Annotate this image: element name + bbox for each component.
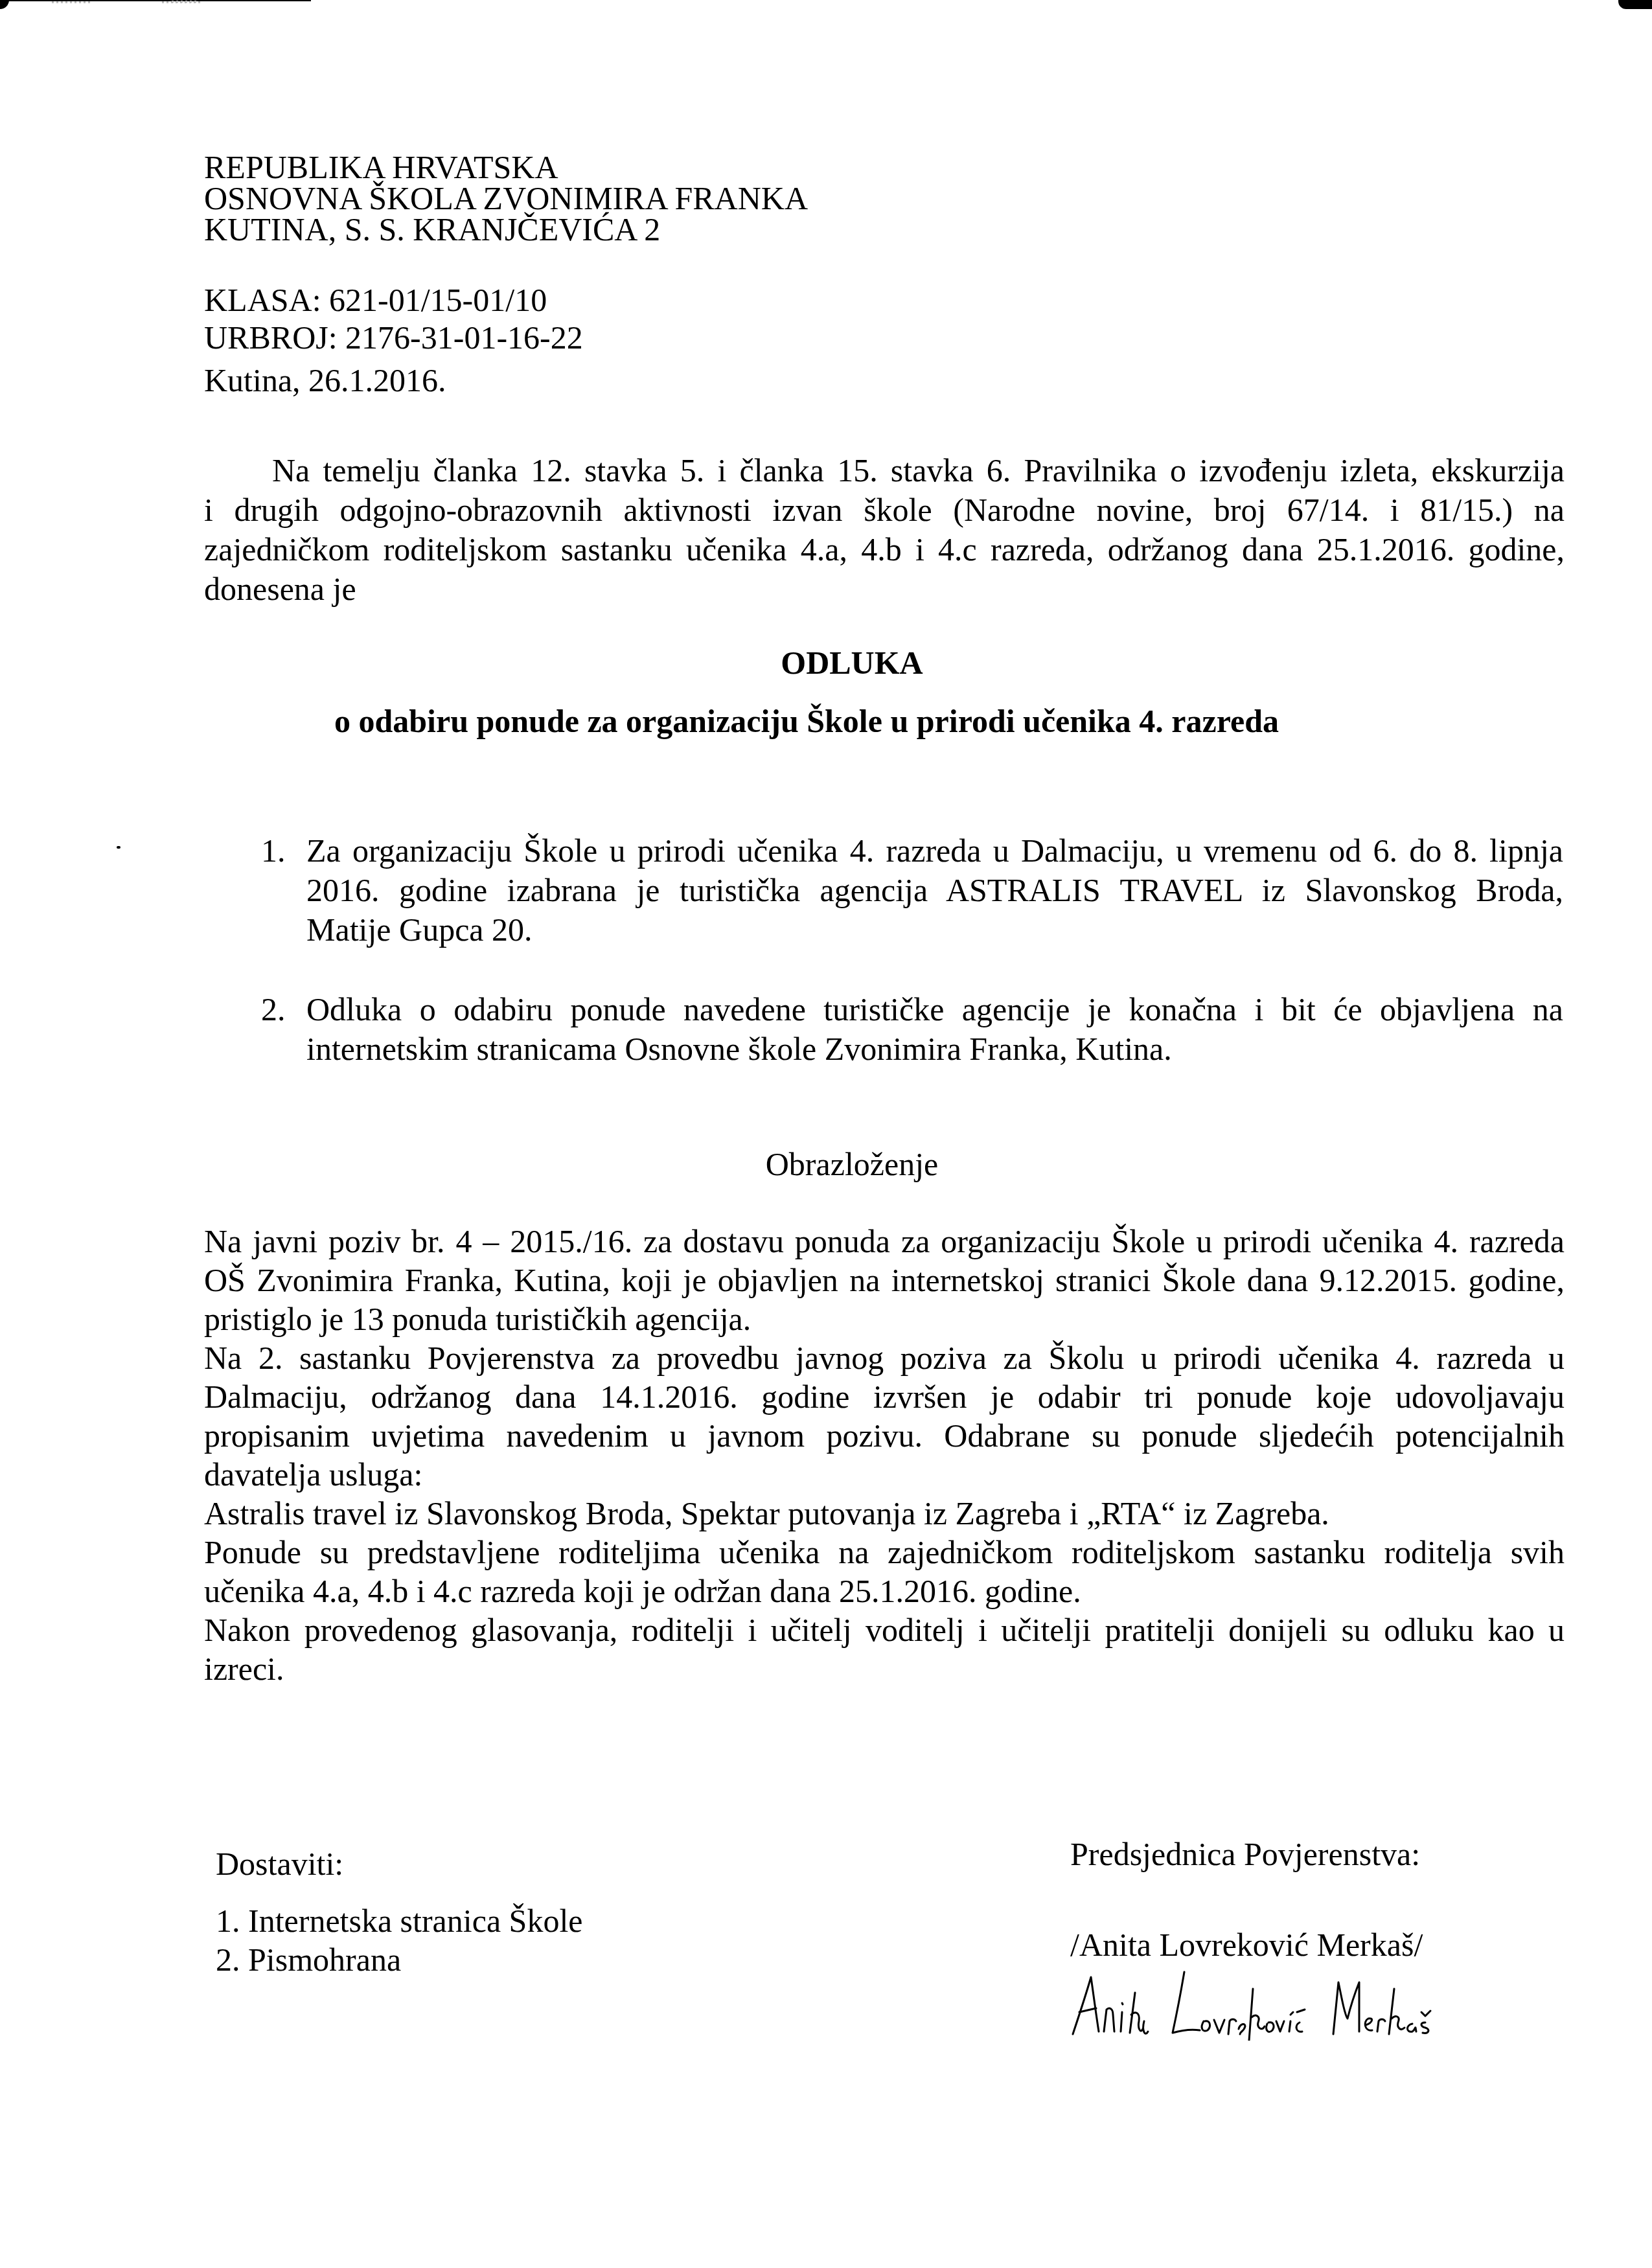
scan-corner-mark	[0, 0, 9, 9]
explanation-line: učenika 4.a, 4.b i 4.c razreda koji je o…	[204, 1572, 1565, 1610]
explanation-line: Dalmaciju, održanog dana 14.1.2016. godi…	[204, 1377, 1565, 1416]
intro-line: Na temelju članka 12. stavka 5. i članka…	[204, 451, 1565, 490]
decision-item-number: 2.	[261, 990, 286, 1029]
handwritten-signature-icon	[1070, 1969, 1485, 2041]
decision-subtitle: o odabiru ponude za organizaciju Škole u…	[0, 704, 1633, 739]
explanation-line: OŠ Zvonimira Franka, Kutina, koji je obj…	[204, 1261, 1565, 1300]
explanation-line: Astralis travel iz Slavonskog Broda, Spe…	[204, 1494, 1565, 1533]
intro-line: zajedničkom roditeljskom sastanku učenik…	[204, 530, 1565, 569]
decision-item-line: Matije Gupca 20.	[306, 910, 1563, 950]
header-line-address: KUTINA, S. S. KRANJČEVIĆA 2	[204, 214, 808, 245]
distribution-label: Dostaviti:	[216, 1848, 343, 1879]
distribution-item: 1. Internetska stranica Škole	[216, 1901, 582, 1940]
explanation-line: davatelja usluga:	[204, 1455, 1565, 1494]
scan-edge-line	[0, 0, 311, 1]
decision-item: Odluka o odabiru ponude navedene turisti…	[306, 990, 1563, 1069]
intro-line: i drugih odgojno-obrazovnih aktivnosti i…	[204, 490, 1565, 530]
decision-title: ODLUKA	[26, 645, 1652, 680]
explanation-line: izreci.	[204, 1649, 1565, 1688]
urbroj-number: URBROJ: 2176-31-01-16-22	[204, 319, 583, 356]
explanation-paragraph: Na javni poziv br. 4 – 2015./16. za dost…	[204, 1222, 1565, 1688]
scan-noise	[172, 1, 198, 3]
institution-header: REPUBLIKA HRVATSKA OSNOVNA ŠKOLA ZVONIMI…	[204, 152, 808, 245]
scan-speck	[117, 846, 120, 849]
decision-item: Za organizaciju Škole u prirodi učenika …	[306, 831, 1563, 950]
decision-item-number: 1.	[261, 831, 286, 871]
explanation-line: Na 2. sastanku Povjerenstva za provedbu …	[204, 1338, 1565, 1377]
explanation-line: pristiglo je 13 ponuda turističkih agenc…	[204, 1300, 1565, 1338]
signatory-role: Predsjednica Povjerenstva:	[1070, 1838, 1420, 1870]
explanation-line: Na javni poziv br. 4 – 2015./16. za dost…	[204, 1222, 1565, 1261]
explanation-line: Ponude su predstavljene roditeljima učen…	[204, 1533, 1565, 1572]
explanation-title: Obrazloženje	[26, 1147, 1652, 1182]
scan-noise	[52, 1, 91, 3]
decision-item-line: 2016. godine izabrana je turistička agen…	[306, 871, 1563, 910]
explanation-line: propisanim uvjetima navedenim u javnom p…	[204, 1416, 1565, 1455]
explanation-line: Nakon provedenog glasovanja, roditelji i…	[204, 1610, 1565, 1649]
distribution-item: 2. Pismohrana	[216, 1940, 582, 1979]
header-line-school: OSNOVNA ŠKOLA ZVONIMIRA FRANKA	[204, 183, 808, 214]
scan-corner-mark	[1618, 0, 1652, 9]
distribution-list: 1. Internetska stranica Škole 2. Pismohr…	[216, 1901, 582, 1979]
reference-numbers: KLASA: 621-01/15-01/10 URBROJ: 2176-31-0…	[204, 281, 583, 356]
header-line-country: REPUBLIKA HRVATSKA	[204, 152, 808, 183]
document-page: REPUBLIKA HRVATSKA OSNOVNA ŠKOLA ZVONIMI…	[0, 0, 1652, 2268]
decision-item-line: Za organizaciju Škole u prirodi učenika …	[306, 831, 1563, 871]
intro-line: donesena je	[204, 569, 1565, 609]
place-and-date: Kutina, 26.1.2016.	[204, 365, 446, 396]
intro-paragraph: Na temelju članka 12. stavka 5. i članka…	[204, 451, 1565, 609]
decision-item-line: Odluka o odabiru ponude navedene turisti…	[306, 990, 1563, 1029]
klasa-number: KLASA: 621-01/15-01/10	[204, 281, 583, 319]
signatory-name: /Anita Lovreković Merkaš/	[1070, 1929, 1423, 1960]
decision-item-line: internetskim stranicama Osnovne škole Zv…	[306, 1029, 1563, 1069]
